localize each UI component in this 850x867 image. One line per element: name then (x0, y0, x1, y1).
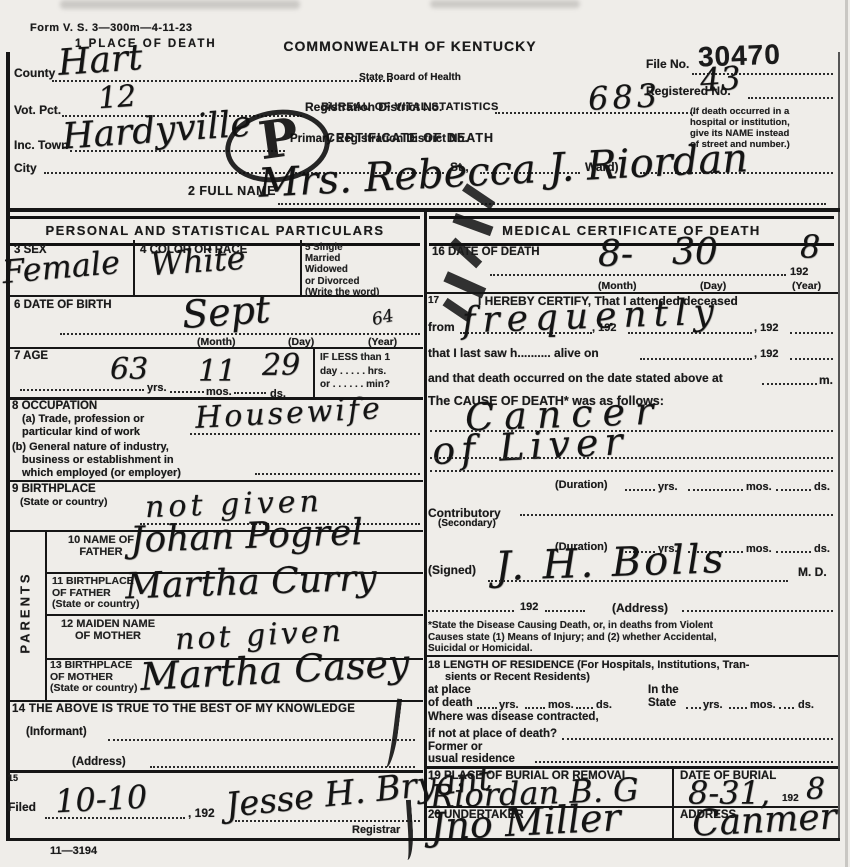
registrar-label: Registrar (352, 824, 400, 836)
registrar-line (235, 820, 420, 822)
res-line (779, 707, 794, 709)
occupation-b-line (255, 473, 420, 475)
parents-vertical-label: PARENTS (18, 543, 33, 683)
res-mos1: mos. (548, 699, 574, 711)
duration2-ds: ds. (814, 543, 830, 555)
duration-line (688, 489, 743, 491)
dod-label: 16 DATE OF DEATH (432, 246, 540, 258)
death-occurred-statement: and that death occurred on the date stat… (428, 371, 723, 385)
cause-line2 (430, 457, 833, 459)
cell-divider (133, 240, 135, 295)
if-not-line (562, 738, 833, 740)
certify-to-line2 (790, 332, 833, 334)
residence-heading-1: 18 LENGTH OF RESIDENCE (For Hospitals, I… (428, 659, 749, 671)
scan-smudge (430, 0, 580, 8)
age-months-value: 11 (198, 354, 236, 389)
state-label: State (648, 697, 676, 709)
duration2-mos: mos. (746, 543, 772, 555)
dod-line (490, 274, 786, 276)
signature-flourish (398, 800, 415, 861)
rule (8, 480, 423, 482)
vot-pct-label: Vot. Pct. (14, 103, 61, 117)
birthplace-label: 9 BIRTHPLACE (12, 483, 96, 495)
if-less-than-day-note: IF LESS than 1 day . . . . . hrs. or . .… (320, 351, 390, 392)
dob-year-value: 64 (370, 306, 395, 330)
signed-address-line (682, 610, 833, 612)
divider-top-section (6, 208, 840, 212)
mother-maiden-label: 12 MAIDEN NAME OF MOTHER (58, 618, 158, 642)
cause-footnote: *State the Disease Causing Death, or, in… (428, 620, 717, 655)
age-years-value: 63 (110, 352, 148, 387)
age-line (20, 389, 144, 391)
res-line (576, 707, 593, 709)
certify-from-label: from (428, 320, 455, 334)
scan-smudge (60, 0, 300, 9)
father-birthplace-value: Martha Curry (124, 558, 377, 608)
duration-ds: ds. (814, 481, 830, 493)
vot-pct-value: 12 (97, 79, 138, 117)
informant-address-label: (Address) (72, 756, 126, 768)
usual-residence-line (535, 761, 833, 763)
reg-district-line (495, 112, 695, 114)
res-ds2: ds. (798, 699, 814, 711)
dod-year-prefix: 192 (790, 266, 808, 278)
age-days-value: 29 (262, 348, 300, 383)
dob-label: 6 DATE OF BIRTH (14, 299, 112, 311)
last-saw-line2 (790, 358, 833, 360)
filed-section-number: 15 (8, 773, 18, 783)
attended-value: frequently (461, 291, 721, 341)
duration-line (625, 489, 655, 491)
county-value: Hart (57, 37, 144, 84)
occupation-b1: (b) General nature of industry, (12, 441, 169, 453)
city-label: City (14, 161, 37, 175)
dob-year-caption: (Year) (368, 336, 397, 348)
res-line (477, 707, 497, 709)
filed-label: Filed (8, 800, 36, 814)
cell-divider (300, 240, 302, 295)
father-name-value: Johan Pogrel (129, 512, 363, 561)
contributory-line (520, 514, 833, 516)
res-yrs2: yrs. (703, 699, 723, 711)
signed-line (488, 580, 788, 582)
age-line (170, 391, 204, 393)
plate-number: 11—3194 (50, 845, 97, 857)
signed-date-line (428, 610, 514, 612)
in-the-label: In the (648, 684, 679, 696)
filed-line (45, 817, 185, 819)
attest-statement: 14 THE ABOVE IS TRUE TO THE BEST OF MY K… (12, 703, 355, 715)
last-saw-year: , 192 (754, 348, 778, 360)
signed-date-line2 (545, 610, 585, 612)
death-certificate-page: Form V. S. 3—300m—4-11-23 1 PLACE OF DEA… (0, 0, 850, 867)
signed-label: (Signed) (428, 563, 476, 577)
dod-day-caption: (Day) (700, 280, 726, 292)
duration2-line (776, 551, 811, 553)
form-number: Form V. S. 3—300m—4-11-23 (30, 22, 193, 34)
filed-date-value: 10-10 (54, 778, 148, 821)
at-place-label: at place (428, 684, 471, 696)
dod-month-value: 8- (598, 234, 633, 275)
dod-year-caption: (Year) (792, 280, 821, 292)
marital-status-options: 5 Single Married Widowed or Divorced (Wr… (305, 242, 379, 298)
usual-residence-label: usual residence (428, 753, 515, 765)
registered-no-value: 43 (699, 59, 742, 100)
where-contracted-label: Where was disease contracted, (428, 711, 599, 723)
age-line (234, 392, 266, 394)
reg-district-label: Registration District No. (305, 100, 442, 114)
cell-divider (313, 347, 315, 397)
death-occurred-line (762, 383, 817, 385)
cause-line3 (430, 470, 833, 472)
md-label: M. D. (798, 565, 827, 579)
file-no-label: File No. (646, 57, 689, 71)
age-yrs-caption: yrs. (147, 382, 167, 394)
dob-month-value: Sept (181, 287, 272, 337)
certify-section-number: 17 (428, 295, 439, 306)
occupation-a1: (a) Trade, profession or (22, 413, 144, 425)
signed-address-label: (Address) (612, 601, 668, 615)
duration-line (776, 489, 811, 491)
dod-day-value: 30 (672, 232, 718, 273)
res-line (729, 707, 747, 709)
signature-flourish (381, 697, 402, 768)
informant-line (108, 739, 415, 741)
occupation-b2: business or establishment in (22, 454, 174, 466)
duration-mos: mos. (746, 481, 772, 493)
occupation-label: 8 OCCUPATION (12, 400, 97, 412)
rule (45, 614, 423, 616)
cause-value-line2: of Liver (431, 419, 630, 473)
res-mos2: mos. (750, 699, 776, 711)
p-stamp-letter: P (255, 106, 302, 172)
duration-label: (Duration) (555, 479, 608, 491)
dob-month-caption: (Month) (197, 336, 235, 348)
former-or-label: Former or (428, 741, 482, 753)
registered-no-line (748, 97, 833, 99)
inc-town-label: Inc. Town (14, 138, 68, 152)
birthplace-caption: (State or country) (20, 496, 108, 508)
dob-day-caption: (Day) (288, 336, 314, 348)
scan-edge-streak (845, 0, 848, 867)
personal-section-title: PERSONAL AND STATISTICAL PARTICULARS (10, 219, 420, 243)
rule (425, 766, 838, 769)
age-label: 7 AGE (14, 350, 48, 362)
secondary-label: (Secondary) (438, 518, 496, 529)
age-mos-caption: mos. (206, 386, 232, 398)
signed-date-year: 192 (520, 601, 538, 613)
border-right (838, 52, 840, 841)
of-death-label: of death (428, 697, 473, 709)
informant-address-line (150, 766, 415, 768)
rule (425, 655, 838, 657)
color-race-value: White (149, 239, 247, 284)
filed-year-prefix: , 192 (188, 806, 215, 820)
occupation-b3: which employed (or employer) (22, 467, 181, 479)
res-line (525, 707, 545, 709)
last-saw-line (640, 358, 752, 360)
res-ds1: ds. (596, 699, 612, 711)
if-not-label: if not at place of death? (428, 728, 557, 740)
rule (8, 700, 423, 702)
border-left (6, 52, 10, 841)
dob-line (60, 333, 420, 335)
mother-birthplace-label: 13 BIRTHPLACE OF MOTHER (State or countr… (50, 660, 138, 695)
res-yrs1: yrs. (499, 699, 519, 711)
death-occurred-m: m. (819, 373, 833, 387)
certify-to-year: , 192 (754, 322, 778, 334)
full-name-line (278, 203, 826, 205)
informant-label: (Informant) (26, 726, 87, 738)
last-saw-statement: that I last saw h.......... alive on (428, 346, 599, 360)
county-label: County (14, 66, 55, 80)
res-line (686, 707, 701, 709)
dod-year-value: 8 (800, 228, 820, 266)
residence-heading-2: sients or Recent Residents) (445, 671, 590, 683)
occupation-a2: particular kind of work (22, 426, 140, 438)
burial-divider (672, 766, 674, 838)
commonwealth-title: COMMONWEALTH OF KENTUCKY (265, 38, 555, 54)
dod-month-caption: (Month) (598, 280, 636, 292)
undertaker-address-value: Canmer (691, 796, 838, 845)
duration-yrs: yrs. (658, 481, 678, 493)
